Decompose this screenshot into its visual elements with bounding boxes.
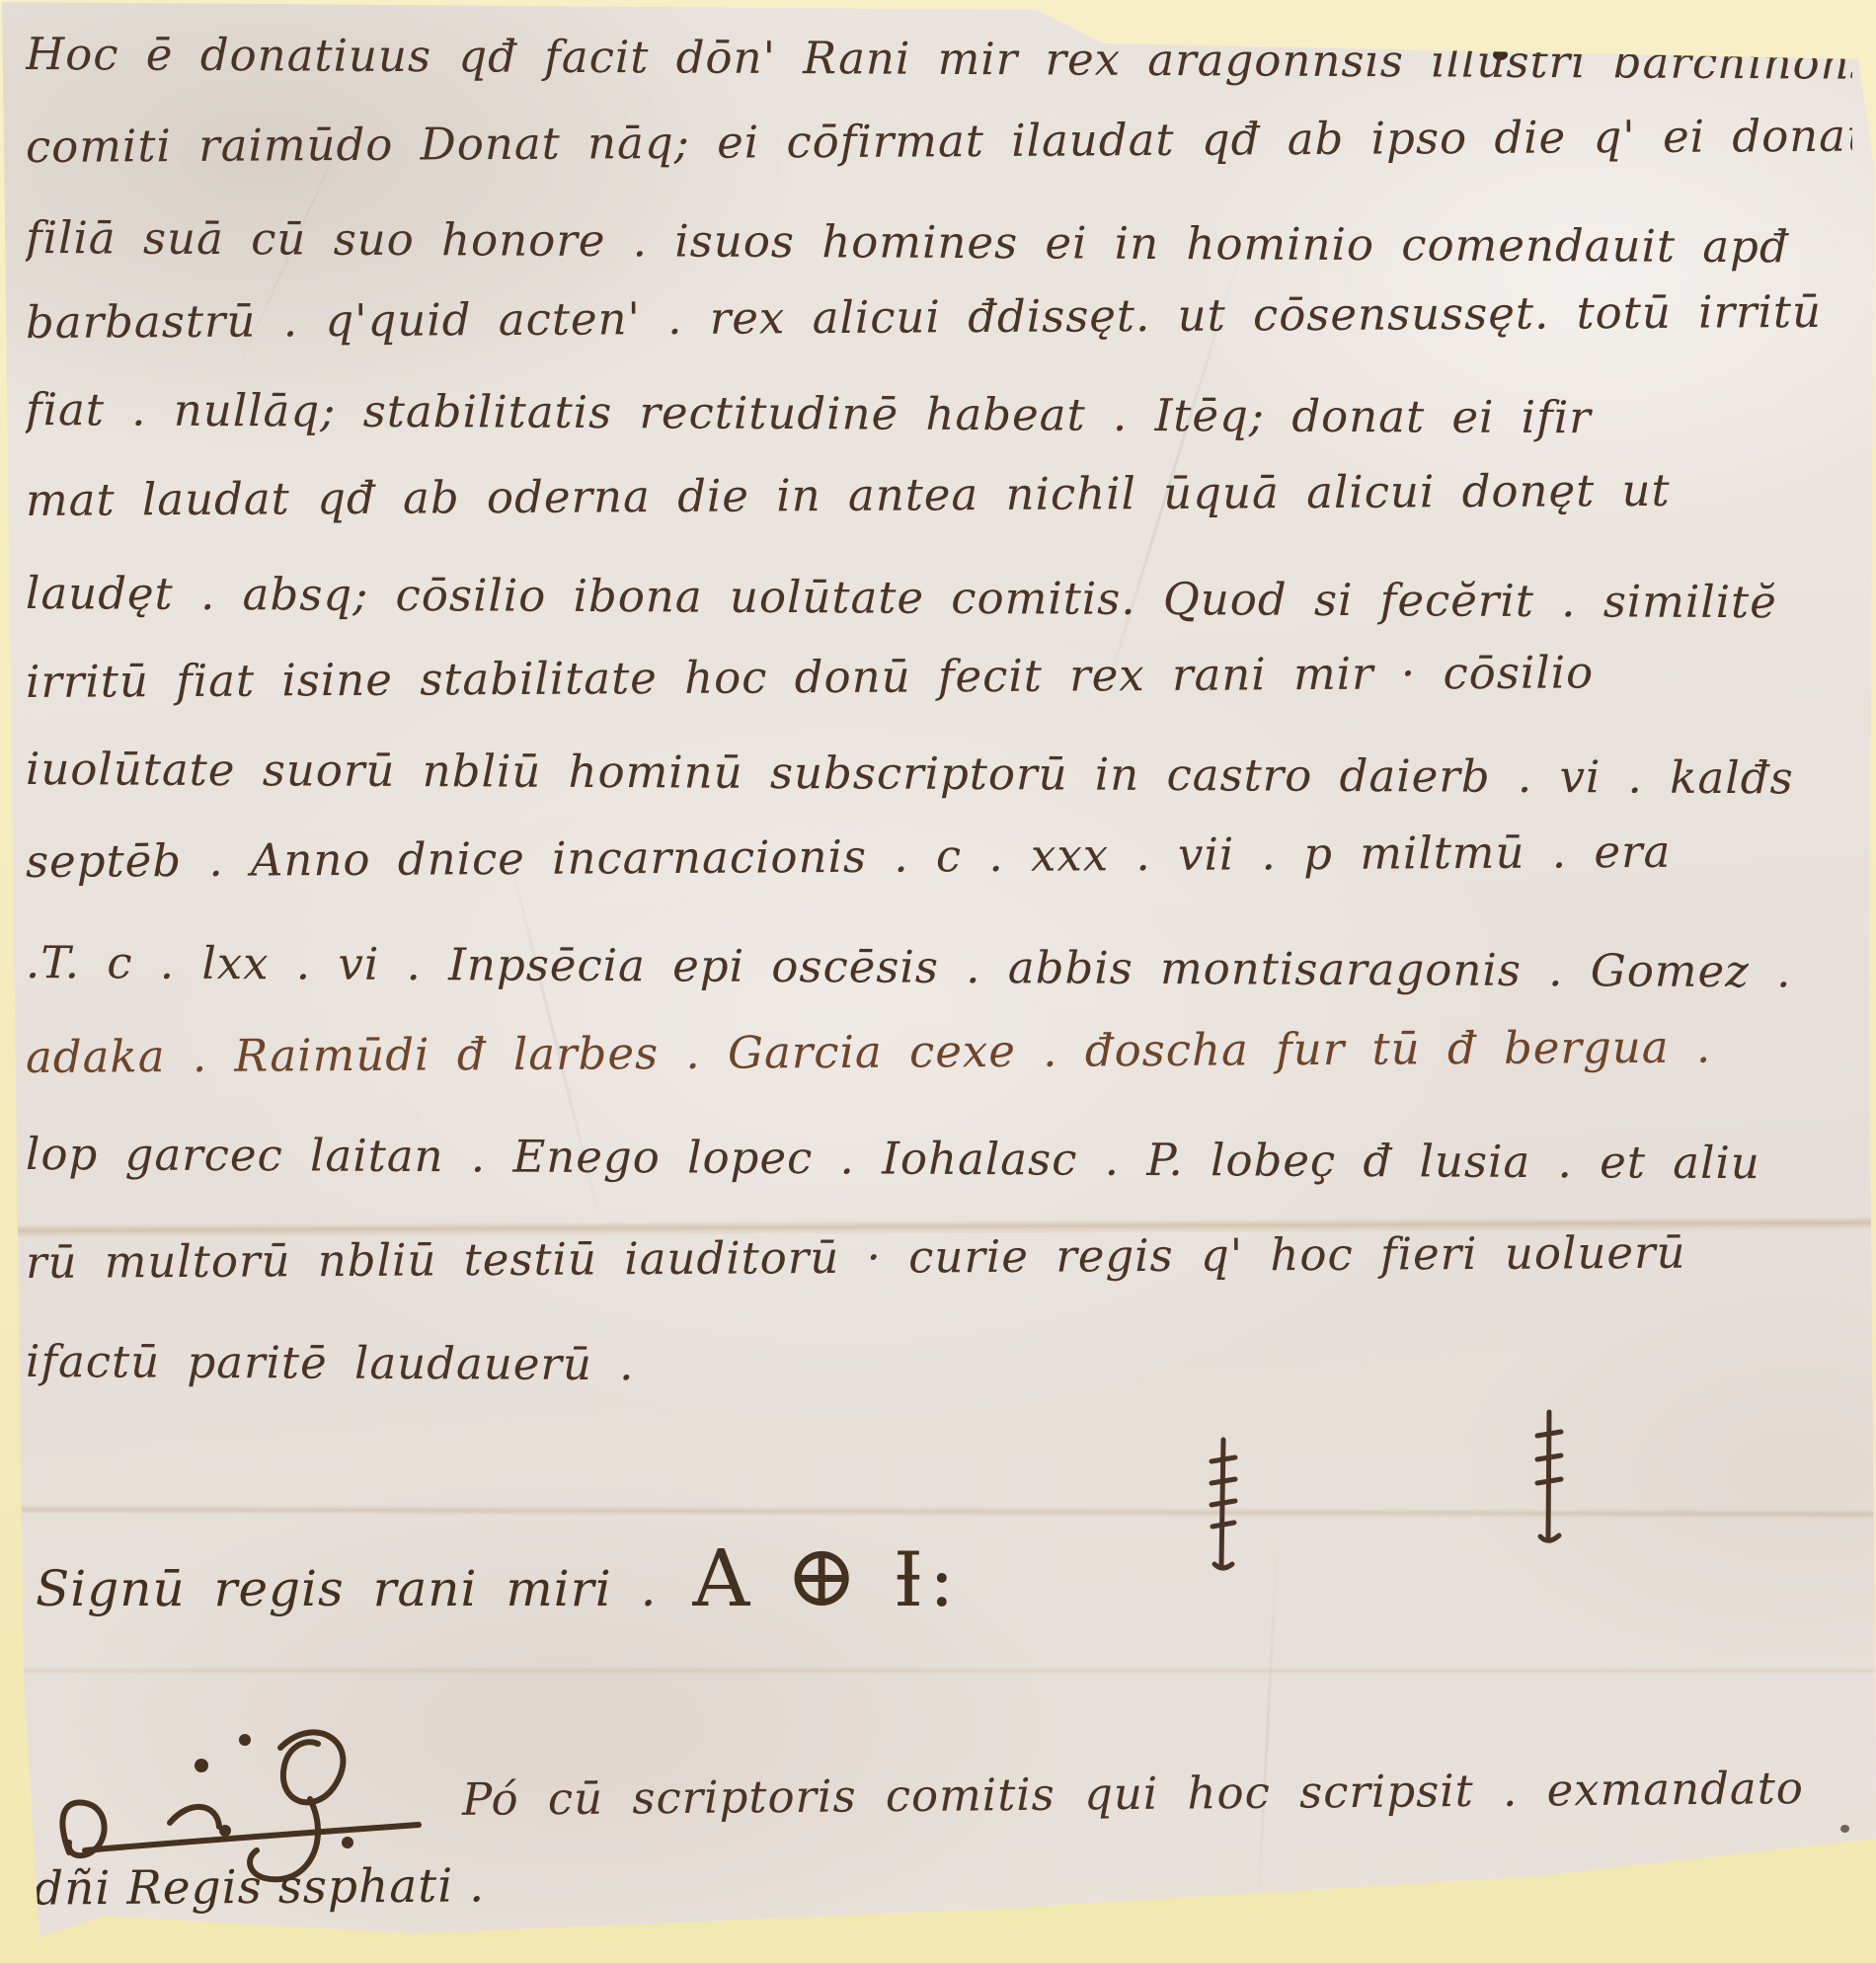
vertical-fold bbox=[1256, 1540, 1279, 1925]
manuscript-line: barbastrū . q'quid acten' . rex alicui đ… bbox=[26, 285, 1852, 350]
manuscript-line: adaka . Raimūdi đ larbes . Garcia cexe .… bbox=[26, 1020, 1852, 1084]
monogram-circled-cross-icon: ⊕ bbox=[785, 1532, 858, 1619]
closing-line: dñi Regis ssphati . bbox=[34, 1858, 485, 1916]
signum-text: Signū regis rani miri . bbox=[36, 1560, 657, 1617]
manuscript-line: Hoc ē donatiuus qđ facit dōn' Rani mir r… bbox=[26, 28, 1852, 91]
manuscript-line: irritū fiat isine stabilitate hoc donū f… bbox=[26, 645, 1852, 709]
monogram-ligature: Ɨ: bbox=[894, 1542, 961, 1617]
horizontal-crease bbox=[0, 1667, 1876, 1675]
monogram-staff-icon bbox=[1207, 1434, 1240, 1572]
manuscript-line: fiat . nullāq; stabilitatis rectitudinē … bbox=[26, 383, 1852, 446]
notary-subscription-line: Pó cū scriptoris comitis qui hoc scripsi… bbox=[462, 1762, 1804, 1826]
manuscript-line: rū multorū nbliū testiū iauditorū · curi… bbox=[26, 1225, 1852, 1290]
manuscript-line: comiti raimūdo Donat nāq; ei cōfirmat il… bbox=[26, 110, 1852, 174]
manuscript-line: ifactū paritē laudauerū . bbox=[26, 1335, 1852, 1398]
parchment: Hoc ē donatiuus qđ facit dōn' Rani mir r… bbox=[0, 0, 1876, 1963]
ink-speck bbox=[1840, 1825, 1849, 1833]
scanned-charter-page: Hoc ē donatiuus qđ facit dōn' Rani mir r… bbox=[0, 0, 1876, 1963]
manuscript-line: septēb . Anno dnice incarnacionis . c . … bbox=[26, 824, 1852, 889]
horizontal-crease bbox=[0, 1505, 1876, 1520]
monogram-letter-a: A bbox=[692, 1539, 749, 1618]
manuscript-line: .T. c . lxx . vi . Inpsēcia epi oscēsis … bbox=[26, 936, 1852, 999]
royal-signum-row: Signū regis rani miri . A ⊕ Ɨ: bbox=[36, 1532, 961, 1619]
manuscript-line: laudęt . absq; cōsilio ibona uolūtate co… bbox=[26, 567, 1852, 630]
monogram-staff-icon bbox=[1532, 1406, 1566, 1544]
manuscript-line: filiā suā cū suo honore . isuos homines … bbox=[26, 211, 1852, 275]
manuscript-line: iuolūtate suorū nbliū hominū subscriptor… bbox=[26, 743, 1852, 806]
manuscript-line: mat laudat qđ ab oderna die in antea nic… bbox=[26, 463, 1852, 527]
manuscript-line: lop garcec laitan . Enego lopec . Iohala… bbox=[26, 1128, 1852, 1191]
